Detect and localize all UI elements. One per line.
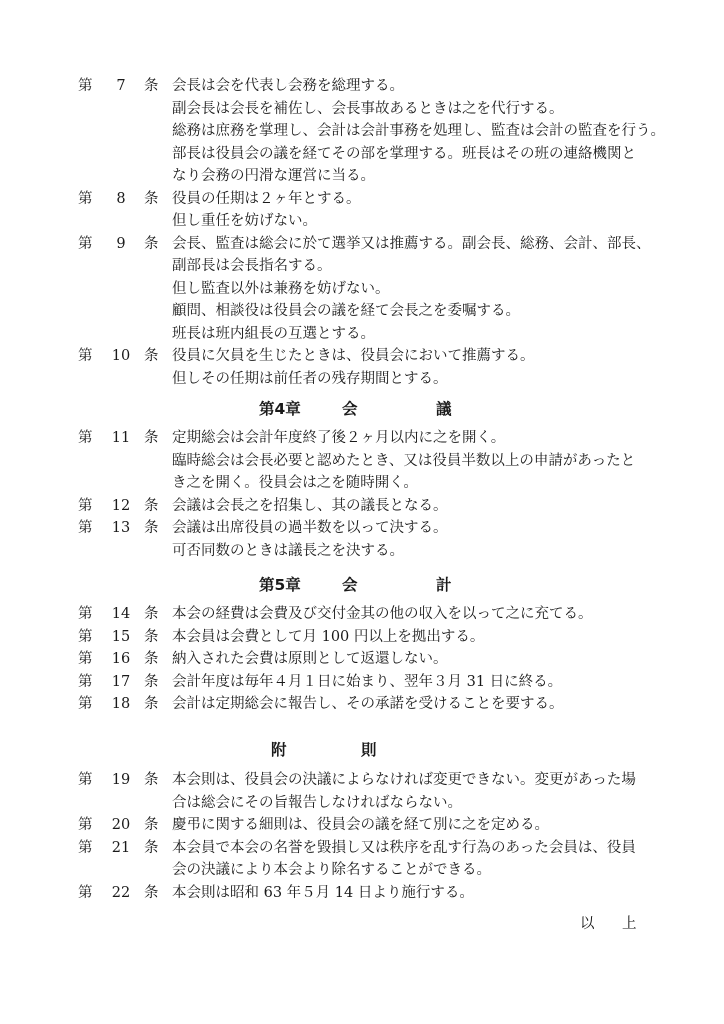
- article-line: なり会務の円滑な運営に当る。: [78, 165, 648, 188]
- article-suffix: 条: [144, 188, 159, 211]
- article-line: 顧問、相談役は役員会の議を経て会長之を委嘱する。: [78, 300, 648, 323]
- article-line: 第7条会長は会を代表し会務を総理する。: [78, 75, 648, 98]
- article-line: 第19条本会則は、役員会の決議によらなければ変更できない。変更があった場: [78, 769, 648, 792]
- article-line: 班長は班内組長の互選とする。: [78, 323, 648, 346]
- article-text: 慶弔に関する細則は、役員会の議を経て別に之を定める。: [172, 817, 549, 833]
- article-number: 18: [106, 693, 136, 716]
- article-suffix: 条: [144, 495, 159, 518]
- article-text: 会議は会長之を招集し、其の議長となる。: [172, 498, 448, 514]
- article-suffix: 条: [144, 882, 159, 905]
- chapter-title-char: 計: [436, 573, 452, 597]
- article-prefix: 第: [78, 693, 93, 716]
- closing-char: 以: [580, 912, 595, 933]
- article-suffix: 条: [144, 671, 159, 694]
- article-prefix: 第: [78, 837, 93, 860]
- article-text: 本会則は昭和 63 年５月 14 日より施行する。: [172, 885, 474, 901]
- articles-group-3: 第14条本会の経費は会費及び交付金其の他の収入を以って之に充てる。第15条本会員…: [78, 603, 648, 716]
- article-text: 但しその任期は前任者の残存期間とする。: [172, 371, 448, 387]
- chapter-title-char: 議: [436, 397, 452, 421]
- article-line: 部長は役員会の議を経てその部を掌理する。班長はその班の連絡機関と: [78, 143, 648, 166]
- chapter-title-char: 会: [342, 397, 358, 421]
- article-text: 会の決議により本会より除名することができる。: [172, 862, 491, 878]
- article-prefix: 第: [78, 671, 93, 694]
- article-prefix: 第: [78, 188, 93, 211]
- article-text: 副部長は会長指名する。: [172, 258, 332, 274]
- article-12: 第12条会議は会長之を招集し、其の議長となる。: [78, 495, 648, 518]
- articles-group-2: 第11条定期総会は会計年度終了後２ヶ月以内に之を開く。臨時総会は会長必要と認めた…: [78, 427, 648, 562]
- article-line: 第15条本会員は会費として月 100 円以上を拠出する。: [78, 626, 648, 649]
- article-number: 10: [106, 345, 136, 368]
- closing-char: 上: [622, 912, 637, 933]
- article-line: 第16条納入された会費は原則として返還しない。: [78, 648, 648, 671]
- article-17: 第17条会計年度は毎年４月１日に始まり、翌年３月 31 日に終る。: [78, 671, 648, 694]
- article-text: 納入された会費は原則として返還しない。: [172, 651, 448, 667]
- article-suffix: 条: [144, 648, 159, 671]
- article-line: き之を開く。役員会は之を随時開く。: [78, 472, 648, 495]
- article-suffix: 条: [144, 837, 159, 860]
- article-number: 14: [106, 603, 136, 626]
- article-line: 第12条会議は会長之を招集し、其の議長となる。: [78, 495, 648, 518]
- article-line: 第18条会計は定期総会に報告し、その承諾を受けることを要する。: [78, 693, 648, 716]
- article-number: 20: [106, 814, 136, 837]
- articles-group-4: 第19条本会則は、役員会の決議によらなければ変更できない。変更があった場合は総会…: [78, 769, 648, 904]
- article-text: 会長は会を代表し会務を総理する。: [172, 78, 404, 94]
- article-line: 可否同数のときは議長之を決する。: [78, 540, 648, 563]
- article-prefix: 第: [78, 75, 93, 98]
- article-text: 但し監査以外は兼務を妨げない。: [172, 281, 390, 297]
- article-prefix: 第: [78, 882, 93, 905]
- article-number: 19: [106, 769, 136, 792]
- article-22: 第22条本会則は昭和 63 年５月 14 日より施行する。: [78, 882, 648, 905]
- article-text: 本会員で本会の名誉を毀損し又は秩序を乱す行為のあった会員は、役員: [172, 840, 636, 856]
- article-prefix: 第: [78, 648, 93, 671]
- chapter-prefix: 第5章: [259, 573, 301, 597]
- article-line: 但しその任期は前任者の残存期間とする。: [78, 368, 648, 391]
- article-line: 第22条本会則は昭和 63 年５月 14 日より施行する。: [78, 882, 648, 905]
- article-11: 第11条定期総会は会計年度終了後２ヶ月以内に之を開く。臨時総会は会長必要と認めた…: [78, 427, 648, 495]
- article-text: 本会の経費は会費及び交付金其の他の収入を以って之に充てる。: [172, 606, 593, 622]
- article-text: き之を開く。役員会は之を随時開く。: [172, 475, 418, 491]
- article-line: 但し監査以外は兼務を妨げない。: [78, 278, 648, 301]
- article-14: 第14条本会の経費は会費及び交付金其の他の収入を以って之に充てる。: [78, 603, 648, 626]
- article-text: 部長は役員会の議を経てその部を掌理する。班長はその班の連絡機関と: [172, 146, 636, 162]
- article-8: 第8条役員の任期は２ヶ年とする。但し重任を妨げない。: [78, 188, 648, 233]
- article-text: 班長は班内組長の互選とする。: [172, 326, 375, 342]
- article-line: 第10条役員に欠員を生じたときは、役員会において推薦する。: [78, 345, 648, 368]
- article-suffix: 条: [144, 345, 159, 368]
- article-text: 定期総会は会計年度終了後２ヶ月以内に之を開く。: [172, 430, 505, 446]
- article-number: 13: [106, 517, 136, 540]
- article-line: 第21条本会員で本会の名誉を毀損し又は秩序を乱す行為のあった会員は、役員: [78, 837, 648, 860]
- article-number: 16: [106, 648, 136, 671]
- article-line: 第11条定期総会は会計年度終了後２ヶ月以内に之を開く。: [78, 427, 648, 450]
- article-13: 第13条会議は出席役員の過半数を以って決する。可否同数のときは議長之を決する。: [78, 517, 648, 562]
- supplementary-title-char: 則: [361, 738, 377, 762]
- article-line: 第17条会計年度は毎年４月１日に始まり、翌年３月 31 日に終る。: [78, 671, 648, 694]
- article-number: 7: [106, 75, 136, 98]
- article-line: 第13条会議は出席役員の過半数を以って決する。: [78, 517, 648, 540]
- article-text: 会議は出席役員の過半数を以って決する。: [172, 520, 448, 536]
- article-number: 21: [106, 837, 136, 860]
- article-number: 9: [106, 233, 136, 256]
- article-text: 総務は庶務を掌理し、会計は会計事務を処理し、監査は会計の監査を行う。: [172, 123, 665, 139]
- article-line: 臨時総会は会長必要と認めたとき、又は役員半数以上の申請があったと: [78, 450, 648, 473]
- supplementary-title-char: 附: [271, 738, 287, 762]
- article-text: なり会務の円滑な運営に当る。: [172, 168, 375, 184]
- article-prefix: 第: [78, 345, 93, 368]
- article-suffix: 条: [144, 233, 159, 256]
- article-line: 第8条役員の任期は２ヶ年とする。: [78, 188, 648, 211]
- article-16: 第16条納入された会費は原則として返還しない。: [78, 648, 648, 671]
- article-line: 第9条会長、監査は総会に於て選挙又は推薦する。副会長、総務、会計、部長、: [78, 233, 648, 256]
- article-line: 第20条慶弔に関する細則は、役員会の議を経て別に之を定める。: [78, 814, 648, 837]
- article-number: 15: [106, 626, 136, 649]
- article-prefix: 第: [78, 814, 93, 837]
- article-line: 副会長は会長を補佐し、会長事故あるときは之を代行する。: [78, 98, 648, 121]
- article-suffix: 条: [144, 603, 159, 626]
- supplementary-heading: 附 則: [0, 738, 724, 762]
- article-prefix: 第: [78, 427, 93, 450]
- article-prefix: 第: [78, 495, 93, 518]
- article-number: 8: [106, 188, 136, 211]
- chapter-5-heading: 第5章 会 計: [0, 573, 724, 597]
- article-text: 本会則は、役員会の決議によらなければ変更できない。変更があった場: [172, 772, 636, 788]
- article-18: 第18条会計は定期総会に報告し、その承諾を受けることを要する。: [78, 693, 648, 716]
- article-text: 会計年度は毎年４月１日に始まり、翌年３月 31 日に終る。: [172, 674, 562, 690]
- article-line: 合は総会にその旨報告しなければならない。: [78, 792, 648, 815]
- article-number: 11: [106, 427, 136, 450]
- article-prefix: 第: [78, 233, 93, 256]
- chapter-prefix: 第4章: [259, 397, 301, 421]
- article-suffix: 条: [144, 814, 159, 837]
- article-number: 12: [106, 495, 136, 518]
- article-text: 可否同数のときは議長之を決する。: [172, 543, 404, 559]
- chapter-4-heading: 第4章 会 議: [0, 397, 724, 421]
- article-text: 副会長は会長を補佐し、会長事故あるときは之を代行する。: [172, 101, 564, 117]
- article-15: 第15条本会員は会費として月 100 円以上を拠出する。: [78, 626, 648, 649]
- article-suffix: 条: [144, 693, 159, 716]
- article-prefix: 第: [78, 517, 93, 540]
- article-suffix: 条: [144, 75, 159, 98]
- article-prefix: 第: [78, 626, 93, 649]
- article-text: 臨時総会は会長必要と認めたとき、又は役員半数以上の申請があったと: [172, 453, 635, 469]
- article-7: 第7条会長は会を代表し会務を総理する。副会長は会長を補佐し、会長事故あるときは之…: [78, 75, 648, 188]
- article-prefix: 第: [78, 603, 93, 626]
- document-page: 第7条会長は会を代表し会務を総理する。副会長は会長を補佐し、会長事故あるときは之…: [0, 0, 724, 1024]
- article-10: 第10条役員に欠員を生じたときは、役員会において推薦する。但しその任期は前任者の…: [78, 345, 648, 390]
- article-number: 22: [106, 882, 136, 905]
- article-line: 副部長は会長指名する。: [78, 255, 648, 278]
- article-suffix: 条: [144, 517, 159, 540]
- article-prefix: 第: [78, 769, 93, 792]
- article-text: 本会員は会費として月 100 円以上を拠出する。: [172, 629, 484, 645]
- article-19: 第19条本会則は、役員会の決議によらなければ変更できない。変更があった場合は総会…: [78, 769, 648, 814]
- article-suffix: 条: [144, 626, 159, 649]
- article-text: 会計は定期総会に報告し、その承諾を受けることを要する。: [172, 696, 564, 712]
- article-text: 但し重任を妨げない。: [172, 213, 317, 229]
- article-20: 第20条慶弔に関する細則は、役員会の議を経て別に之を定める。: [78, 814, 648, 837]
- article-line: 総務は庶務を掌理し、会計は会計事務を処理し、監査は会計の監査を行う。: [78, 120, 648, 143]
- article-text: 合は総会にその旨報告しなければならない。: [172, 795, 462, 811]
- article-line: 但し重任を妨げない。: [78, 210, 648, 233]
- article-line: 第14条本会の経費は会費及び交付金其の他の収入を以って之に充てる。: [78, 603, 648, 626]
- article-suffix: 条: [144, 427, 159, 450]
- article-line: 会の決議により本会より除名することができる。: [78, 859, 648, 882]
- article-21: 第21条本会員で本会の名誉を毀損し又は秩序を乱す行為のあった会員は、役員会の決議…: [78, 837, 648, 882]
- articles-group-1: 第7条会長は会を代表し会務を総理する。副会長は会長を補佐し、会長事故あるときは之…: [78, 75, 648, 390]
- article-text: 会長、監査は総会に於て選挙又は推薦する。副会長、総務、会計、部長、: [172, 236, 651, 252]
- article-suffix: 条: [144, 769, 159, 792]
- article-9: 第9条会長、監査は総会に於て選挙又は推薦する。副会長、総務、会計、部長、副部長は…: [78, 233, 648, 346]
- article-text: 役員の任期は２ヶ年とする。: [172, 191, 361, 207]
- chapter-title-char: 会: [342, 573, 358, 597]
- article-text: 顧問、相談役は役員会の議を経て会長之を委嘱する。: [172, 303, 520, 319]
- article-number: 17: [106, 671, 136, 694]
- article-text: 役員に欠員を生じたときは、役員会において推薦する。: [172, 348, 535, 364]
